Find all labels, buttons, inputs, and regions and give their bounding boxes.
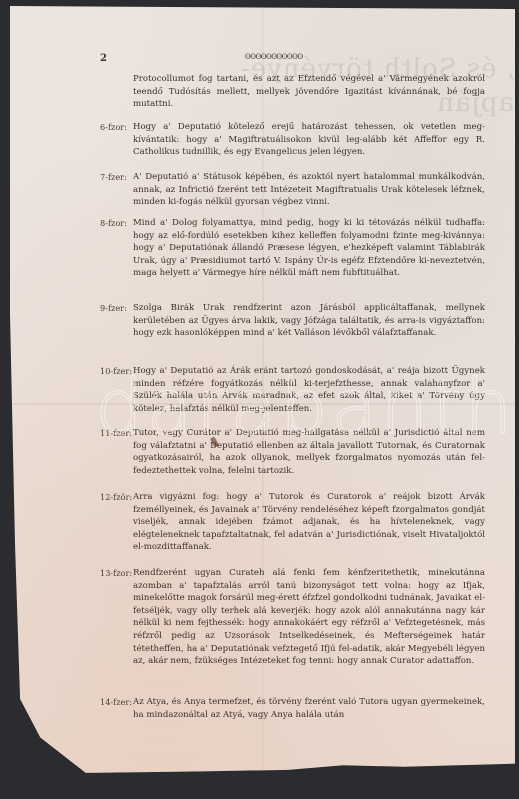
clause-text: Tutor, vagy Curátor a' Deputatió meg-hal… (133, 427, 485, 477)
intro-paragraph: Protocollumot fog tartani, és azt az Efz… (133, 73, 485, 111)
clause-text: Hogy a' Deputatió az Árák eránt tartozó … (133, 365, 485, 415)
clause-9: 9-fzer: Szolga Birák Urak rendfzerint az… (100, 302, 485, 340)
clause-text: Rendfzerént ugyan Curateh alá fenki fem … (133, 567, 485, 668)
clause-number: 7-fzer: (100, 171, 133, 184)
clause-number: 13-fzor: (100, 567, 133, 580)
clause-12: 12-fzör: Arra vigyázni fog: hogy a' Tuto… (100, 491, 485, 554)
clause-8: 8-fzor: Mind a' Dolog folyamattya, mind … (100, 217, 485, 280)
clause-number: 6-fzor: (100, 121, 133, 134)
clause-number: 11-fzer: (100, 427, 133, 440)
clause-text: Arra vigyázni fog: hogy a' Tutorok és Cu… (133, 491, 485, 554)
clause-6: 6-fzor: Hogy a' Deputatió kötelező erejű… (100, 121, 485, 159)
clause-number: 10-fzer: (100, 365, 133, 378)
clause-text: Szolga Birák Urak rendfzerint azon Járás… (133, 302, 485, 340)
clause-text: Hogy a' Deputatió kötelező erejű határoz… (133, 121, 485, 159)
clause-number: 12-fzör: (100, 491, 133, 504)
page-number: 2 (100, 53, 107, 64)
clause-10: 10-fzer: Hogy a' Deputatió az Árák eránt… (100, 365, 485, 415)
clause-text: A' Deputatió a' Státusok képében, és azo… (133, 171, 485, 209)
clause-text: Mind a' Dolog folyamattya, mind pedig, h… (133, 217, 485, 280)
header-ornament: ʘʘʘʘʘʘʘʘʘʘʘ (245, 53, 303, 61)
clause-11: 11-fzer: Tutor, vagy Curátor a' Deputati… (100, 427, 485, 477)
clause-14: 14-fzer: Az Atya, és Anya termefzet, és … (100, 696, 485, 721)
clause-number: 9-fzer: (100, 302, 133, 315)
clause-number: 14-fzer: (100, 696, 133, 709)
clause-13: 13-fzor: Rendfzerént ugyan Curateh alá f… (100, 567, 485, 668)
clause-number: 8-fzor: (100, 217, 133, 230)
clause-7: 7-fzer: A' Deputatió a' Státusok képében… (100, 171, 485, 209)
clause-text: Az Atya, és Anya termefzet, és törvény f… (133, 696, 485, 721)
